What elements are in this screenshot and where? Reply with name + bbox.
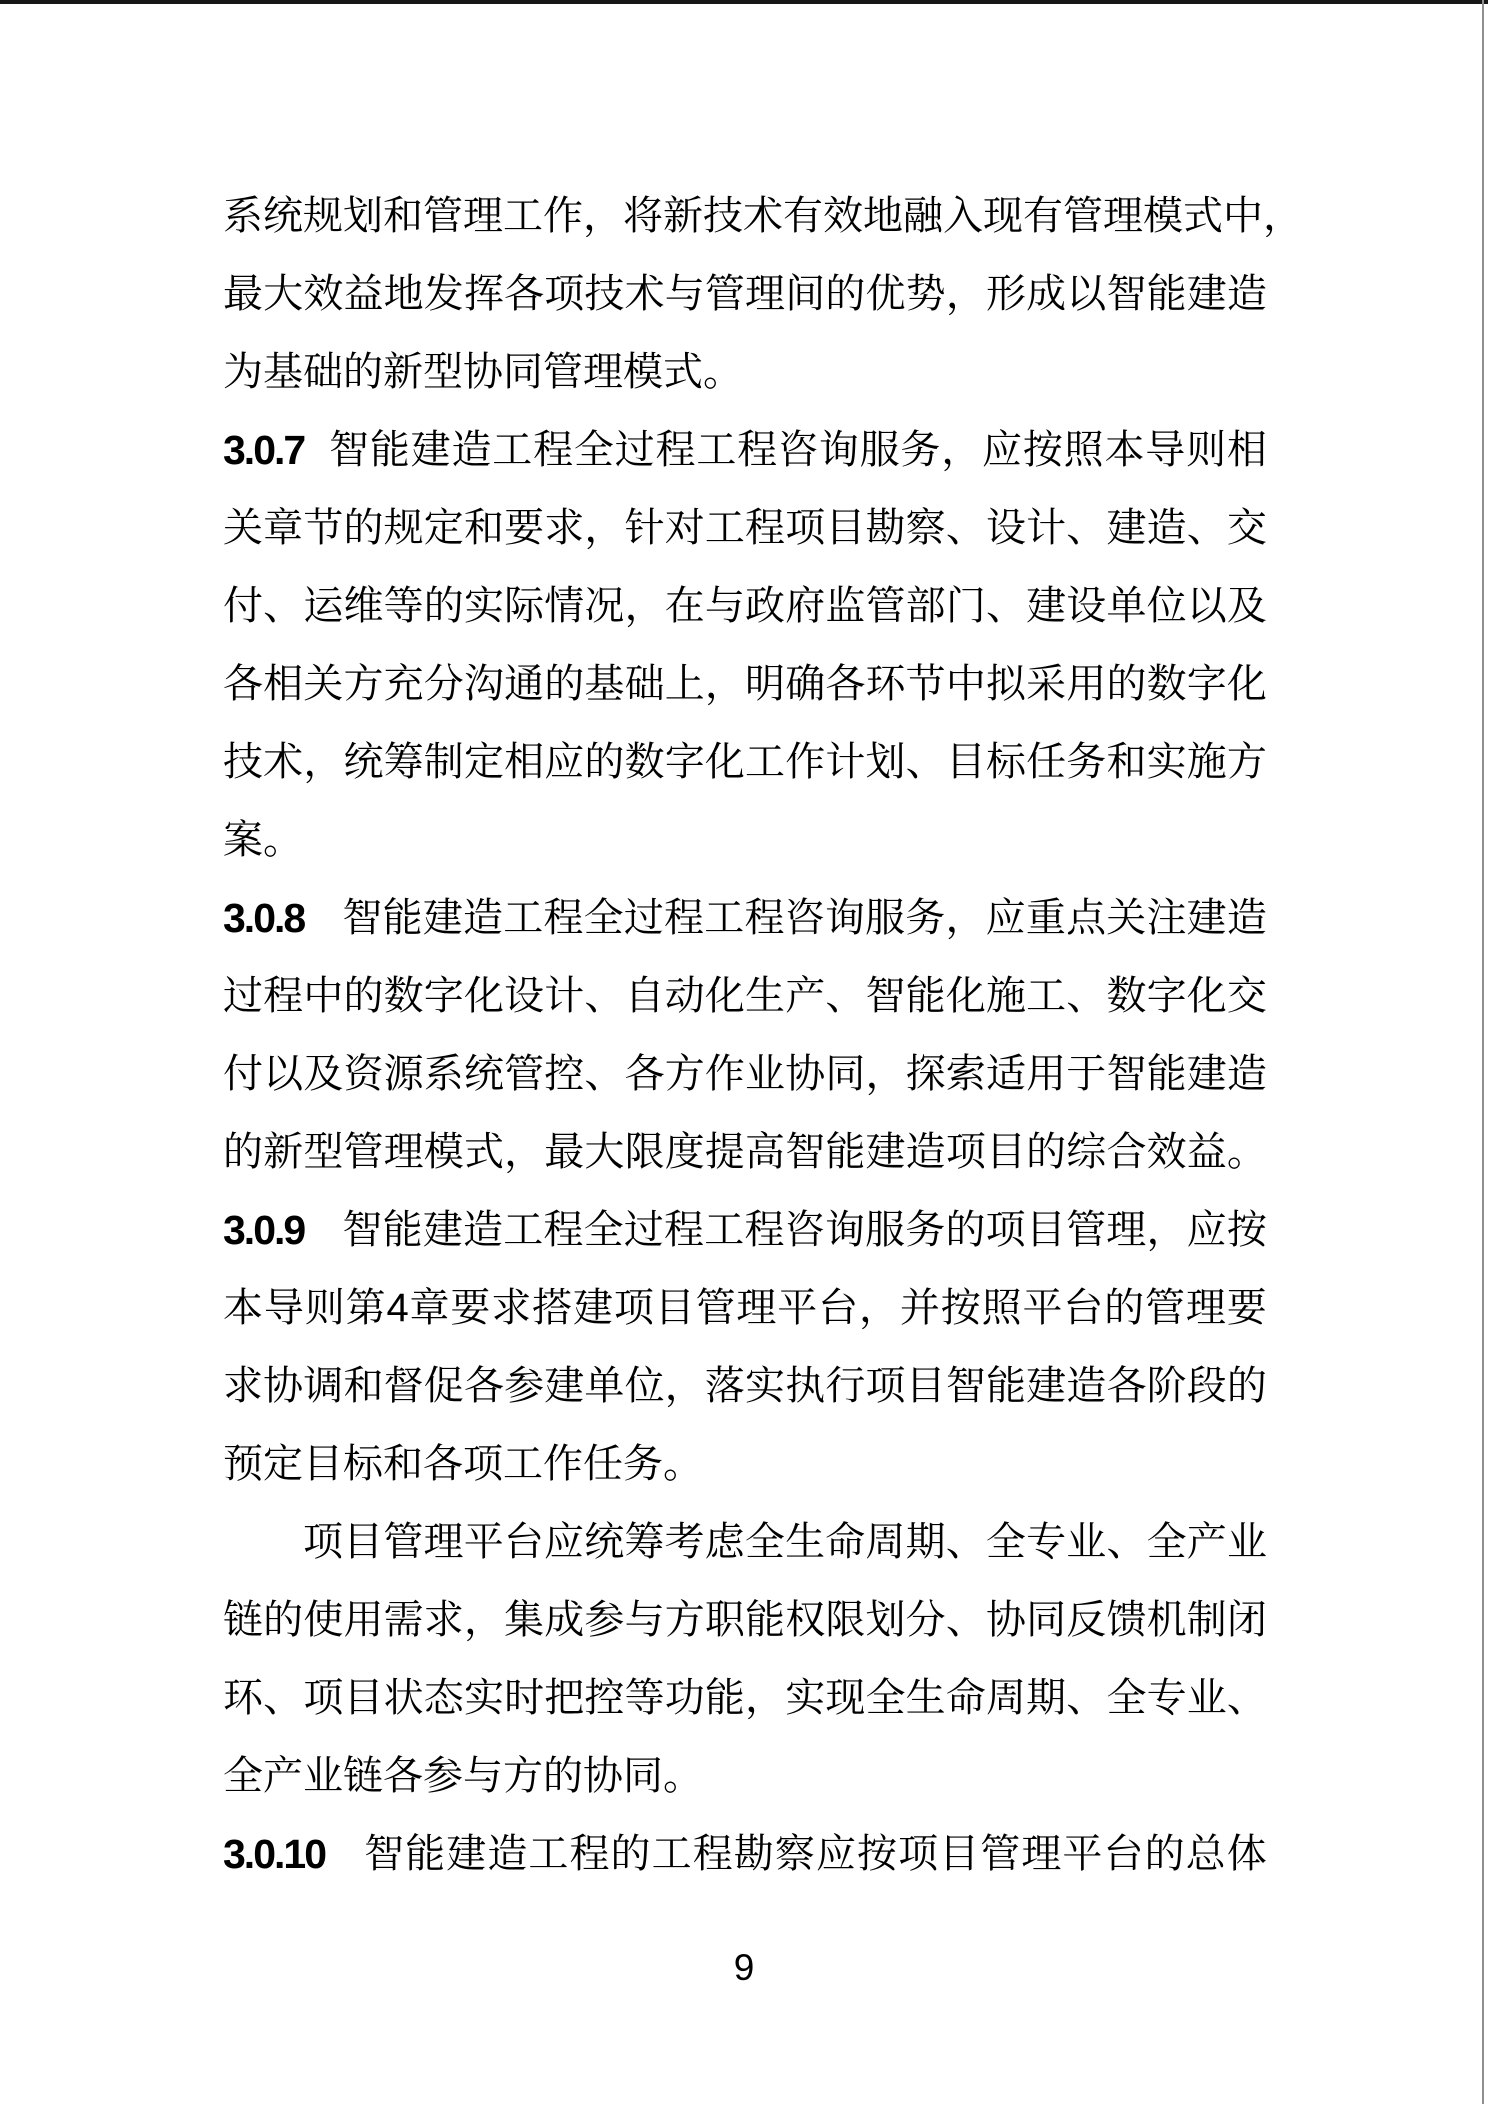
glyph: 设 [1066, 567, 1106, 645]
glyph: 总 [1186, 1815, 1226, 1893]
glyph: 。 [703, 333, 743, 411]
glyph: 中 [303, 957, 343, 1035]
glyph: 管 [423, 177, 463, 255]
glyph: 与 [625, 1581, 665, 1659]
glyph: 的 [945, 1191, 985, 1269]
glyph: 术 [625, 255, 665, 333]
glyph: 业 [303, 1737, 343, 1815]
glyph: 与 [463, 1737, 503, 1815]
glyph: 理 [1103, 177, 1143, 255]
text-line: 案。 [223, 801, 1267, 879]
glyph: ， [504, 1113, 544, 1191]
glyph: 、 [825, 957, 865, 1035]
glyph: 能 [745, 1581, 785, 1659]
glyph: 挥 [464, 255, 504, 333]
glyph: 合 [1106, 1113, 1146, 1191]
glyph: 各 [825, 645, 865, 723]
glyph: 项 [303, 1503, 343, 1581]
glyph: 各 [223, 645, 263, 723]
glyph: 理 [1186, 1269, 1226, 1347]
glyph: 程 [737, 411, 777, 489]
glyph: 产 [263, 1737, 303, 1815]
glyph: 注 [1146, 879, 1186, 957]
glyph: 程 [533, 411, 573, 489]
glyph: 定 [464, 723, 504, 801]
clause-number: 3.0.9 [223, 1191, 304, 1269]
glyph: 工 [528, 1815, 568, 1893]
glyph: 化 [705, 723, 745, 801]
glyph: ， [705, 645, 745, 723]
glyph: 拟 [986, 645, 1026, 723]
glyph: 和 [383, 177, 423, 255]
glyph: 平 [1062, 1815, 1102, 1893]
text-line: 3.0.10智能建造工程的工程勘察应按项目管理平台的总体 [223, 1815, 1267, 1893]
glyph: 技 [703, 177, 743, 255]
glyph: 明 [745, 645, 785, 723]
glyph: 专 [1026, 1503, 1066, 1581]
glyph: 项 [866, 1347, 906, 1425]
glyph: 益 [1187, 1113, 1227, 1191]
glyph: 础 [303, 333, 343, 411]
glyph: 机 [1147, 1581, 1187, 1659]
glyph: 标 [986, 723, 1026, 801]
glyph: 求 [544, 489, 584, 567]
glyph: 式 [663, 333, 703, 411]
glyph: 馈 [1106, 1581, 1146, 1659]
glyph: 能 [986, 1347, 1026, 1425]
glyph: 的 [1145, 1815, 1185, 1893]
glyph: 源 [384, 1035, 424, 1113]
glyph: 能 [1147, 255, 1187, 333]
glyph: 、 [986, 567, 1026, 645]
glyph: 求 [491, 1269, 531, 1347]
glyph: 以 [1066, 255, 1106, 333]
glyph: 术 [263, 723, 303, 801]
glyph: 对 [665, 489, 705, 567]
glyph: 管 [504, 1035, 544, 1113]
glyph: 建 [423, 879, 463, 957]
glyph: 时 [504, 1659, 544, 1737]
glyph: 态 [424, 1659, 464, 1737]
glyph: 化 [1187, 957, 1227, 1035]
glyph: 形 [986, 255, 1026, 333]
glyph: 际 [504, 567, 544, 645]
text-line: 关章节的规定和要求，针对工程项目勘察、设计、建造、交 [223, 489, 1267, 567]
glyph: 势 [906, 255, 946, 333]
glyph: 项 [303, 1659, 343, 1737]
glyph: 单 [584, 1347, 624, 1425]
glyph: 应 [544, 723, 584, 801]
glyph: 规 [384, 489, 424, 567]
glyph: 地 [863, 177, 903, 255]
glyph: 全 [745, 1503, 785, 1581]
glyph: 交 [1227, 957, 1267, 1035]
glyph: 求 [424, 1581, 464, 1659]
glyph: 自 [625, 957, 665, 1035]
glyph: 数 [625, 723, 665, 801]
glyph: 能 [405, 1815, 445, 1893]
glyph: 重 [1026, 879, 1066, 957]
glyph: 4 [386, 1269, 408, 1347]
glyph: 全 [584, 1191, 624, 1269]
glyph: 的 [1227, 1347, 1267, 1425]
glyph: 索 [946, 1035, 986, 1113]
glyph: 各 [1106, 1347, 1146, 1425]
glyph: 、 [263, 567, 303, 645]
text-line: 的新型管理模式，最大限度提高智能建造项目的综合效益。 [223, 1113, 1267, 1191]
glyph: 工 [705, 489, 745, 567]
glyph: 工 [1026, 957, 1066, 1035]
glyph: 务 [905, 879, 945, 957]
glyph: 命 [825, 1503, 865, 1581]
glyph: 管 [343, 1113, 383, 1191]
glyph: 项 [986, 1191, 1026, 1269]
glyph: 造 [451, 411, 491, 489]
glyph: 优 [866, 255, 906, 333]
text-line: 为基础的新型协同管理模式。 [223, 333, 1267, 411]
glyph: 各 [464, 1347, 504, 1425]
glyph: 、 [263, 1659, 303, 1737]
glyph: ， [946, 255, 986, 333]
glyph: 应 [982, 411, 1022, 489]
glyph: 方 [665, 1035, 705, 1113]
glyph: 和 [343, 1347, 383, 1425]
glyph: 考 [665, 1503, 705, 1581]
glyph: 化 [946, 957, 986, 1035]
glyph: 过 [615, 411, 655, 489]
glyph: 智 [946, 1347, 986, 1425]
glyph: 数 [1147, 645, 1187, 723]
glyph: 服 [865, 879, 905, 957]
glyph: 理 [384, 1113, 424, 1191]
glyph: 各 [423, 1425, 463, 1503]
glyph: 程 [744, 1191, 784, 1269]
glyph: 造 [463, 1191, 503, 1269]
glyph: 型 [423, 333, 463, 411]
glyph: 定 [263, 1425, 303, 1503]
glyph: 建 [446, 1815, 486, 1893]
glyph: 现 [825, 1659, 865, 1737]
glyph: ， [583, 177, 623, 255]
glyph: 服 [860, 411, 900, 489]
glyph: 字 [424, 957, 464, 1035]
text-line: 全产业链各参与方的协同。 [223, 1737, 1267, 1815]
glyph: 应 [1187, 1191, 1227, 1269]
glyph: 全 [584, 879, 624, 957]
glyph: 分 [424, 645, 464, 723]
glyph: 链 [343, 1737, 383, 1815]
glyph: 工 [652, 1815, 692, 1893]
glyph: 况 [584, 567, 624, 645]
glyph: 资 [343, 1035, 383, 1113]
glyph: 统 [263, 177, 303, 255]
glyph: 效 [1147, 1113, 1187, 1191]
glyph: 建 [423, 1191, 463, 1269]
glyph: 统 [343, 723, 383, 801]
glyph: 能 [370, 411, 410, 489]
glyph: 化 [705, 957, 745, 1035]
glyph: 造 [1227, 1035, 1267, 1113]
glyph: 。 [663, 1737, 703, 1815]
glyph: 协 [785, 1035, 825, 1113]
glyph: 相 [1227, 411, 1267, 489]
text-line: 过程中的数字化设计、自动化生产、智能化施工、数字化交 [223, 957, 1267, 1035]
glyph: 目 [825, 489, 865, 567]
glyph: 目 [655, 1269, 695, 1347]
glyph: 需 [384, 1581, 424, 1659]
clause-number: 3.0.8 [223, 879, 304, 957]
glyph: 与 [665, 255, 705, 333]
glyph: 章 [410, 1269, 450, 1347]
glyph: 付 [223, 567, 263, 645]
glyph: 造 [1066, 1347, 1106, 1425]
glyph: 察 [906, 489, 946, 567]
glyph: 管 [1066, 1191, 1106, 1269]
glyph: 能 [906, 957, 946, 1035]
glyph: 方 [343, 645, 383, 723]
glyph: 目 [906, 1347, 946, 1425]
glyph: 应 [986, 879, 1026, 957]
glyph: 同 [1026, 1581, 1066, 1659]
glyph: 程 [263, 957, 303, 1035]
glyph: 计 [825, 723, 865, 801]
glyph: 作 [543, 1425, 583, 1503]
glyph: 造 [1227, 879, 1267, 957]
glyph: 大 [584, 1113, 624, 1191]
glyph: 方 [503, 1737, 543, 1815]
glyph: ， [1146, 1191, 1186, 1269]
glyph: 环 [866, 645, 906, 723]
glyph: 实 [745, 1347, 785, 1425]
glyph: 专 [1147, 1659, 1187, 1737]
glyph: 造 [487, 1815, 527, 1893]
glyph: 技 [584, 255, 624, 333]
glyph: 、 [946, 1503, 986, 1581]
glyph: 业 [1066, 1503, 1106, 1581]
glyph: 综 [1066, 1113, 1106, 1191]
text-line: 付以及资源系统管控、各方作业协同，探索适用于智能建造 [223, 1035, 1267, 1113]
glyph: 造 [1147, 489, 1187, 567]
glyph: 全 [1147, 1503, 1187, 1581]
glyph: 项 [614, 1269, 654, 1347]
glyph: 参 [504, 1347, 544, 1425]
glyph: 产 [1187, 1503, 1227, 1581]
glyph: 产 [785, 957, 825, 1035]
glyph: 协 [263, 1347, 303, 1425]
glyph: 目 [343, 1659, 383, 1737]
glyph: 并 [900, 1269, 940, 1347]
glyph: 单 [1106, 567, 1146, 645]
glyph: 造 [1227, 255, 1267, 333]
glyph: 按 [857, 1815, 897, 1893]
glyph: 照 [1064, 411, 1104, 489]
glyph: 实 [464, 1659, 504, 1737]
glyph: 实 [785, 1659, 825, 1737]
glyph: 建 [1187, 879, 1227, 957]
glyph: 预 [223, 1425, 263, 1503]
glyph: 智 [1106, 1035, 1146, 1113]
glyph: 段 [1187, 1347, 1227, 1425]
glyph: 成 [544, 1581, 584, 1659]
glyph: 中 [946, 645, 986, 723]
glyph: 地 [384, 255, 424, 333]
glyph: 上 [665, 645, 705, 723]
glyph: 中 [1223, 177, 1263, 255]
glyph: 建 [573, 1269, 613, 1347]
page-top-border [0, 0, 1488, 4]
glyph: 制 [424, 723, 464, 801]
glyph: 智 [866, 957, 906, 1035]
glyph: 、 [1106, 1503, 1146, 1581]
glyph: 的 [263, 1581, 303, 1659]
glyph: 管 [543, 333, 583, 411]
glyph: 管 [866, 567, 906, 645]
glyph: 职 [705, 1581, 745, 1659]
glyph: 作 [705, 1035, 745, 1113]
glyph: ， [625, 567, 665, 645]
glyph: 造 [906, 1113, 946, 1191]
text-line: 本导则第4章要求搭建项目管理平台，并按照平台的管理要 [223, 1269, 1267, 1347]
glyph: 照 [982, 1269, 1022, 1347]
glyph: 工 [503, 1425, 543, 1503]
glyph: 协 [583, 1737, 623, 1815]
glyph: 施 [986, 957, 1026, 1035]
glyph: 平 [777, 1269, 817, 1347]
glyph: 和 [464, 489, 504, 567]
glyph: 门 [946, 567, 986, 645]
glyph: 则 [305, 1269, 345, 1347]
glyph: 限 [825, 1581, 865, 1659]
glyph: 针 [625, 489, 665, 567]
glyph: 阶 [1147, 1347, 1187, 1425]
glyph: 将 [623, 177, 663, 255]
glyph: 智 [364, 1815, 404, 1893]
glyph: 等 [625, 1659, 665, 1737]
glyph: 建 [1026, 567, 1066, 645]
glyph: 询 [819, 411, 859, 489]
glyph: 理 [463, 177, 503, 255]
glyph: 协 [463, 333, 503, 411]
glyph: 高 [745, 1113, 785, 1191]
glyph: 理 [583, 333, 623, 411]
glyph: 建 [1187, 255, 1227, 333]
glyph: 台 [504, 1503, 544, 1581]
glyph: 工 [696, 411, 736, 489]
glyph: 监 [825, 567, 865, 645]
glyph: 作 [543, 177, 583, 255]
glyph: 计 [544, 957, 584, 1035]
glyph: 程 [744, 879, 784, 957]
text-line: 求协调和督促各参建单位，落实执行项目智能建造各阶段的 [223, 1347, 1267, 1425]
text-line: 付、运维等的实际情况，在与政府监管部门、建设单位以及 [223, 567, 1267, 645]
glyph: 建 [1187, 1035, 1227, 1113]
glyph: 最 [544, 1113, 584, 1191]
glyph: 划 [866, 1581, 906, 1659]
glyph: 分 [906, 1581, 946, 1659]
glyph: 咨 [785, 879, 825, 957]
glyph: 要 [1227, 1269, 1267, 1347]
glyph: 情 [544, 567, 584, 645]
glyph: 位 [625, 1347, 665, 1425]
glyph: 台 [818, 1269, 858, 1347]
glyph: 在 [665, 567, 705, 645]
glyph: 生 [906, 1659, 946, 1737]
glyph: 过 [223, 957, 263, 1035]
glyph: 同 [825, 1035, 865, 1113]
glyph: 目 [303, 1425, 343, 1503]
glyph: 勘 [734, 1815, 774, 1893]
glyph: 充 [384, 645, 424, 723]
glyph: 系 [223, 177, 263, 255]
glyph: 划 [343, 177, 383, 255]
glyph: 的 [825, 255, 865, 333]
glyph: 本 [223, 1269, 263, 1347]
glyph: 字 [1147, 957, 1187, 1035]
glyph: 询 [825, 879, 865, 957]
glyph: 权 [785, 1581, 825, 1659]
text-line: 环、项目状态实时把控等功能，实现全生命周期、全专业、 [223, 1659, 1267, 1737]
glyph: ， [945, 879, 985, 957]
glyph: 新 [383, 333, 423, 411]
glyph: 型 [303, 1113, 343, 1191]
glyph: 行 [825, 1347, 865, 1425]
glyph: 益 [343, 255, 383, 333]
glyph: 目 [986, 1113, 1026, 1191]
glyph: 项 [946, 1113, 986, 1191]
glyph: 为 [223, 333, 263, 411]
glyph: 确 [785, 645, 825, 723]
glyph: 任 [1026, 723, 1066, 801]
glyph: 建 [1026, 1347, 1066, 1425]
glyph: 管 [1145, 1269, 1185, 1347]
text-line: 预定目标和各项工作任务。 [223, 1425, 1267, 1503]
glyph: 以 [1187, 567, 1227, 645]
glyph: 任 [583, 1425, 623, 1503]
glyph: 定 [424, 489, 464, 567]
glyph: 能 [383, 1191, 423, 1269]
glyph: ， [1263, 177, 1303, 255]
glyph: 功 [665, 1659, 705, 1737]
glyph: 能 [825, 1113, 865, 1191]
glyph: 方 [665, 1581, 705, 1659]
body-text: 系统规划和管理工作，将新技术有效地融入现有管理模式中，最大效益地发挥各项技术与管… [223, 177, 1267, 1893]
glyph: 新 [663, 177, 703, 255]
glyph: 咨 [778, 411, 818, 489]
glyph: 管 [980, 1815, 1020, 1893]
glyph: 使 [303, 1581, 343, 1659]
glyph: 用 [1026, 1035, 1066, 1113]
text-line: 技术，统筹制定相应的数字化工作计划、目标任务和实施方 [223, 723, 1267, 801]
glyph: 探 [906, 1035, 946, 1113]
glyph: 、 [1227, 1659, 1267, 1737]
glyph: 用 [343, 1581, 383, 1659]
glyph: 模 [424, 1113, 464, 1191]
glyph: 化 [464, 957, 504, 1035]
glyph: 点 [1066, 879, 1106, 957]
glyph: 程 [693, 1815, 733, 1893]
glyph: 政 [745, 567, 785, 645]
glyph: 建 [544, 1347, 584, 1425]
glyph: 实 [464, 567, 504, 645]
glyph: 的 [1104, 1269, 1144, 1347]
glyph: 关 [1106, 879, 1146, 957]
glyph: 成 [1026, 255, 1066, 333]
glyph: 造 [463, 879, 503, 957]
glyph: ， [866, 1035, 906, 1113]
glyph: 察 [775, 1815, 815, 1893]
glyph: 虑 [705, 1503, 745, 1581]
glyph: 导 [264, 1269, 304, 1347]
